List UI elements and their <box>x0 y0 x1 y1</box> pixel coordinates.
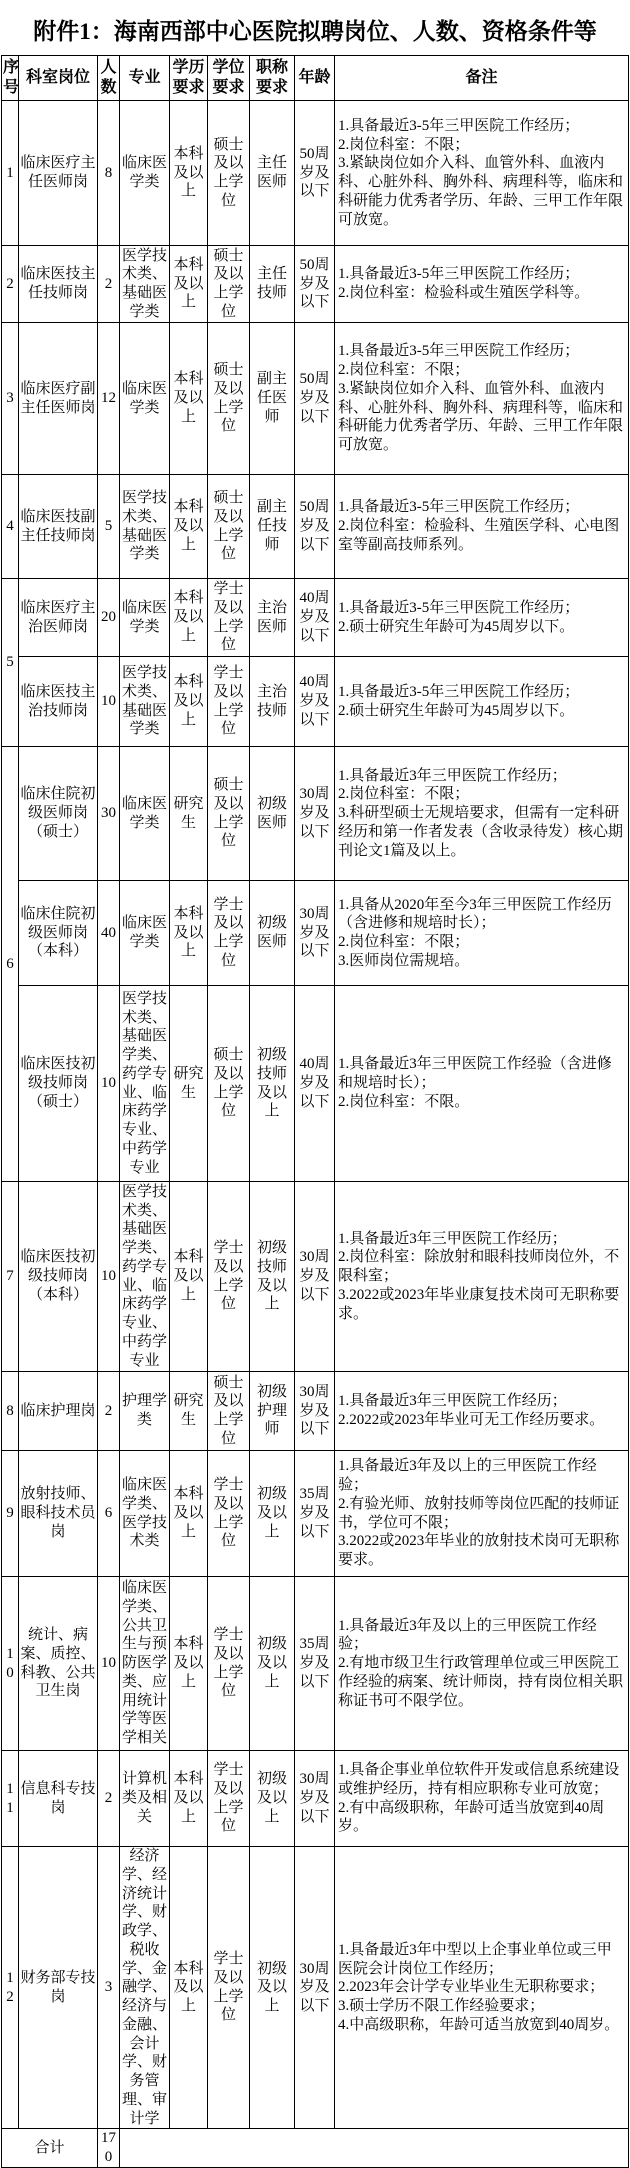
table-row: 10 统计、病案、质控、科教、公共卫生岗 10 临床医学类、公共卫生与预防医学类… <box>2 1577 629 1751</box>
cell-post: 临床住院初级医师岗（本科） <box>19 881 98 986</box>
cell-major: 临床医学类 <box>120 323 170 475</box>
cell-count: 10 <box>98 657 120 747</box>
cell-no: 9 <box>2 1451 19 1577</box>
cell-post: 临床护理岗 <box>19 1372 98 1451</box>
cell-title: 初级及以上 <box>250 1577 295 1751</box>
cell-degree: 硕士及以上学位 <box>208 747 250 881</box>
cell-no: 1 <box>2 101 19 246</box>
cell-title: 初级及以上 <box>250 1751 295 1847</box>
cell-count: 8 <box>98 101 120 246</box>
cell-major: 医学技术类、基础医学类、药学专业、临床药学专业、中药学专业 <box>120 1182 170 1372</box>
cell-major: 护理学类 <box>120 1372 170 1451</box>
cell-title: 主任技师 <box>250 246 295 323</box>
cell-notes: 1.具备最近3-5年三甲医院工作经历； 2.岗位科室：不限； 3.紧缺岗位如介入… <box>335 101 629 246</box>
header-edu: 学历要求 <box>170 56 208 101</box>
cell-age: 50周岁及以下 <box>295 475 335 579</box>
header-major: 专业 <box>120 56 170 101</box>
cell-age: 30周岁及以下 <box>295 1372 335 1451</box>
cell-count: 6 <box>98 1451 120 1577</box>
cell-post: 临床医疗副主任医师岗 <box>19 323 98 475</box>
cell-major: 医学技术类、基础医学类 <box>120 475 170 579</box>
cell-notes: 1.具备从2020年至今3年三甲医院工作经历（含进修和规培时长）； 2.岗位科室… <box>335 881 629 986</box>
cell-age: 30周岁及以下 <box>295 881 335 986</box>
cell-edu: 研究生 <box>170 1372 208 1451</box>
cell-title: 初级及以上 <box>250 1451 295 1577</box>
table-row: 临床住院初级医师岗（本科） 40 临床医学类 本科及以上 学士及以上学位 初级医… <box>2 881 629 986</box>
cell-degree: 学士及以上学位 <box>208 657 250 747</box>
cell-count: 20 <box>98 579 120 657</box>
cell-no: 11 <box>2 1751 19 1847</box>
cell-count: 2 <box>98 1372 120 1451</box>
table-row: 3 临床医疗副主任医师岗 12 临床医学类 本科及以上 硕士及以上学位 副主任医… <box>2 323 629 475</box>
cell-notes: 1.具备最近3年及以上的三甲医院工作经验； 2.有验光师、放射技师等岗位匹配的技… <box>335 1451 629 1577</box>
cell-degree: 硕士及以上学位 <box>208 101 250 246</box>
cell-count: 2 <box>98 1751 120 1847</box>
cell-degree: 学士及以上学位 <box>208 1451 250 1577</box>
cell-degree: 学士及以上学位 <box>208 579 250 657</box>
cell-post: 临床医技副主任技师岗 <box>19 475 98 579</box>
cell-age: 30周岁及以下 <box>295 1751 335 1847</box>
cell-count: 10 <box>98 1182 120 1372</box>
cell-title: 主任医师 <box>250 101 295 246</box>
cell-major: 医学技术类、基础医学类、药学专业、临床药学专业、中药学专业 <box>120 986 170 1182</box>
cell-notes: 1.具备最近3-5年三甲医院工作经历； 2.岗位科室：检验科、生殖医学科、心电图… <box>335 475 629 579</box>
cell-no: 8 <box>2 1372 19 1451</box>
cell-edu: 本科及以上 <box>170 881 208 986</box>
cell-title: 初级技师及以上 <box>250 986 295 1182</box>
cell-edu: 研究生 <box>170 747 208 881</box>
cell-age: 50周岁及以下 <box>295 246 335 323</box>
cell-major: 临床医学类 <box>120 747 170 881</box>
header-notes: 备注 <box>335 56 629 101</box>
cell-edu: 本科及以上 <box>170 1577 208 1751</box>
header-post: 科室岗位 <box>19 56 98 101</box>
cell-title: 主治医师 <box>250 579 295 657</box>
table-row: 8 临床护理岗 2 护理学类 研究生 硕士及以上学位 初级护理师 30周岁及以下… <box>2 1372 629 1451</box>
cell-edu: 本科及以上 <box>170 1451 208 1577</box>
cell-degree: 硕士及以上学位 <box>208 246 250 323</box>
cell-major: 临床医学类 <box>120 579 170 657</box>
cell-post: 临床医技主治技师岗 <box>19 657 98 747</box>
cell-post: 财务部专技岗 <box>19 1847 98 2129</box>
cell-degree: 学士及以上学位 <box>208 1182 250 1372</box>
table-row: 12 财务部专技岗 3 经济学、经济统计学、财政学、税收学、金融学、经济与金融、… <box>2 1847 629 2129</box>
cell-title: 主治技师 <box>250 657 295 747</box>
cell-no: 2 <box>2 246 19 323</box>
cell-edu: 本科及以上 <box>170 323 208 475</box>
total-label: 合计 <box>2 2129 98 2168</box>
cell-no: 7 <box>2 1182 19 1372</box>
cell-age: 40周岁及以下 <box>295 579 335 657</box>
cell-degree: 学士及以上学位 <box>208 1751 250 1847</box>
cell-notes: 1.具备最近3年三甲医院工作经历； 2.2022或2023年毕业可无工作经历要求… <box>335 1372 629 1451</box>
cell-count: 10 <box>98 986 120 1182</box>
cell-edu: 本科及以上 <box>170 475 208 579</box>
cell-age: 40周岁及以下 <box>295 657 335 747</box>
header-count: 人数 <box>98 56 120 101</box>
header-row: 序号 科室岗位 人数 专业 学历要求 学位要求 职称要求 年龄 备注 <box>2 56 629 101</box>
cell-major: 临床医学类、医学技术类 <box>120 1451 170 1577</box>
cell-major: 计算机类及相关 <box>120 1751 170 1847</box>
cell-title: 初级医师 <box>250 747 295 881</box>
cell-notes: 1.具备最近3年及以上的三甲医院工作经验； 2.有地市级卫生行政管理单位或三甲医… <box>335 1577 629 1751</box>
cell-major: 临床医学类 <box>120 881 170 986</box>
cell-age: 50周岁及以下 <box>295 101 335 246</box>
cell-count: 2 <box>98 246 120 323</box>
cell-title: 副主任技师 <box>250 475 295 579</box>
cell-title: 副主任医师 <box>250 323 295 475</box>
cell-age: 40周岁及以下 <box>295 986 335 1182</box>
cell-count: 3 <box>98 1847 120 2129</box>
cell-major: 医学技术类、基础医学类 <box>120 246 170 323</box>
cell-count: 5 <box>98 475 120 579</box>
cell-notes: 1.具备最近3-5年三甲医院工作经历； 2.岗位科室：检验科或生殖医学科等。 <box>335 246 629 323</box>
cell-degree: 学士及以上学位 <box>208 1847 250 2129</box>
cell-major: 医学技术类、基础医学类 <box>120 657 170 747</box>
cell-edu: 本科及以上 <box>170 246 208 323</box>
cell-edu: 本科及以上 <box>170 101 208 246</box>
cell-notes: 1.具备最近3年三甲医院工作经历； 2.岗位科室：不限； 3.科研型硕士无规培要… <box>335 747 629 881</box>
cell-post: 统计、病案、质控、科教、公共卫生岗 <box>19 1577 98 1751</box>
cell-post: 信息科专技岗 <box>19 1751 98 1847</box>
cell-title: 初级技师及以上 <box>250 1182 295 1372</box>
cell-count: 12 <box>98 323 120 475</box>
cell-notes: 1.具备最近3-5年三甲医院工作经历； 2.硕士研究生年龄可为45周岁以下。 <box>335 657 629 747</box>
cell-count: 10 <box>98 1577 120 1751</box>
cell-notes: 1.具备最近3年三甲医院工作经验（含进修和规培时长）； 2.岗位科室：不限。 <box>335 986 629 1182</box>
cell-post: 临床住院初级医师岗（硕士） <box>19 747 98 881</box>
cell-count: 30 <box>98 747 120 881</box>
cell-post: 临床医技初级技师岗（硕士） <box>19 986 98 1182</box>
table-row: 5 临床医疗主治医师岗 20 临床医学类 本科及以上 学士及以上学位 主治医师 … <box>2 579 629 657</box>
table-row: 4 临床医技副主任技师岗 5 医学技术类、基础医学类 本科及以上 硕士及以上学位… <box>2 475 629 579</box>
table-row: 临床医技初级技师岗（硕士） 10 医学技术类、基础医学类、药学专业、临床药学专业… <box>2 986 629 1182</box>
header-title: 职称要求 <box>250 56 295 101</box>
table-row: 9 放射技师、眼科技术员岗 6 临床医学类、医学技术类 本科及以上 学士及以上学… <box>2 1451 629 1577</box>
cell-no: 6 <box>2 747 19 1182</box>
cell-notes: 1.具备企事业单位软件开发或信息系统建设或维护经历，持有相应职称专业可放宽； 2… <box>335 1751 629 1847</box>
cell-age: 35周岁及以下 <box>295 1451 335 1577</box>
header-no: 序号 <box>2 56 19 101</box>
cell-major: 临床医学类 <box>120 101 170 246</box>
table-row: 11 信息科专技岗 2 计算机类及相关 本科及以上 学士及以上学位 初级及以上 … <box>2 1751 629 1847</box>
cell-no: 4 <box>2 475 19 579</box>
cell-post: 临床医疗主治医师岗 <box>19 579 98 657</box>
cell-edu: 本科及以上 <box>170 1182 208 1372</box>
cell-age: 30周岁及以下 <box>295 747 335 881</box>
recruitment-table: 序号 科室岗位 人数 专业 学历要求 学位要求 职称要求 年龄 备注 1 临床医… <box>1 55 629 2168</box>
table-row: 2 临床医技主任技师岗 2 医学技术类、基础医学类 本科及以上 硕士及以上学位 … <box>2 246 629 323</box>
cell-major: 经济学、经济统计学、财政学、税收学、金融学、经济与金融、会计学、财务管理、审计学 <box>120 1847 170 2129</box>
cell-degree: 硕士及以上学位 <box>208 1372 250 1451</box>
cell-degree: 硕士及以上学位 <box>208 475 250 579</box>
cell-no: 5 <box>2 579 19 747</box>
table-row: 7 临床医技初级技师岗（本科） 10 医学技术类、基础医学类、药学专业、临床药学… <box>2 1182 629 1372</box>
table-row: 1 临床医疗主任医师岗 8 临床医学类 本科及以上 硕士及以上学位 主任医师 5… <box>2 101 629 246</box>
cell-notes: 1.具备最近3年三甲医院工作经历； 2.岗位科室：除放射和眼科技师岗位外，不限科… <box>335 1182 629 1372</box>
cell-notes: 1.具备最近3-5年三甲医院工作经历； 2.岗位科室：不限； 3.紧缺岗位如介入… <box>335 323 629 475</box>
cell-post: 临床医疗主任医师岗 <box>19 101 98 246</box>
total-row: 合计 170 <box>2 2129 629 2168</box>
cell-no: 3 <box>2 323 19 475</box>
cell-age: 30周岁及以下 <box>295 1847 335 2129</box>
cell-post: 临床医技初级技师岗（本科） <box>19 1182 98 1372</box>
cell-edu: 本科及以上 <box>170 579 208 657</box>
cell-edu: 研究生 <box>170 986 208 1182</box>
cell-title: 初级护理师 <box>250 1372 295 1451</box>
cell-title: 初级及以上 <box>250 1847 295 2129</box>
cell-title: 初级医师 <box>250 881 295 986</box>
header-degree: 学位要求 <box>208 56 250 101</box>
header-age: 年龄 <box>295 56 335 101</box>
total-count: 170 <box>98 2129 120 2168</box>
cell-age: 30周岁及以下 <box>295 1182 335 1372</box>
cell-degree: 学士及以上学位 <box>208 1577 250 1751</box>
cell-count: 40 <box>98 881 120 986</box>
cell-degree: 学士及以上学位 <box>208 881 250 986</box>
cell-post: 临床医技主任技师岗 <box>19 246 98 323</box>
cell-no: 12 <box>2 1847 19 2129</box>
cell-age: 35周岁及以下 <box>295 1577 335 1751</box>
cell-notes: 1.具备最近3-5年三甲医院工作经历； 2.硕士研究生年龄可为45周岁以下。 <box>335 579 629 657</box>
total-empty <box>120 2129 629 2168</box>
cell-degree: 硕士及以上学位 <box>208 986 250 1182</box>
cell-edu: 本科及以上 <box>170 1847 208 2129</box>
cell-no: 10 <box>2 1577 19 1751</box>
table-row: 6 临床住院初级医师岗（硕士） 30 临床医学类 研究生 硕士及以上学位 初级医… <box>2 747 629 881</box>
cell-age: 50周岁及以下 <box>295 323 335 475</box>
cell-notes: 1.具备最近3年中型以上企事业单位或三甲医院会计岗位工作经历； 2.2023年会… <box>335 1847 629 2129</box>
cell-major: 临床医学类、公共卫生与预防医学类、应用统计学等医学相关 <box>120 1577 170 1751</box>
cell-degree: 硕士及以上学位 <box>208 323 250 475</box>
cell-edu: 本科及以上 <box>170 1751 208 1847</box>
page-title: 附件1：海南西部中心医院拟聘岗位、人数、资格条件等 <box>0 0 630 55</box>
cell-post: 放射技师、眼科技术员岗 <box>19 1451 98 1577</box>
cell-edu: 本科及以上 <box>170 657 208 747</box>
table-row: 临床医技主治技师岗 10 医学技术类、基础医学类 本科及以上 学士及以上学位 主… <box>2 657 629 747</box>
